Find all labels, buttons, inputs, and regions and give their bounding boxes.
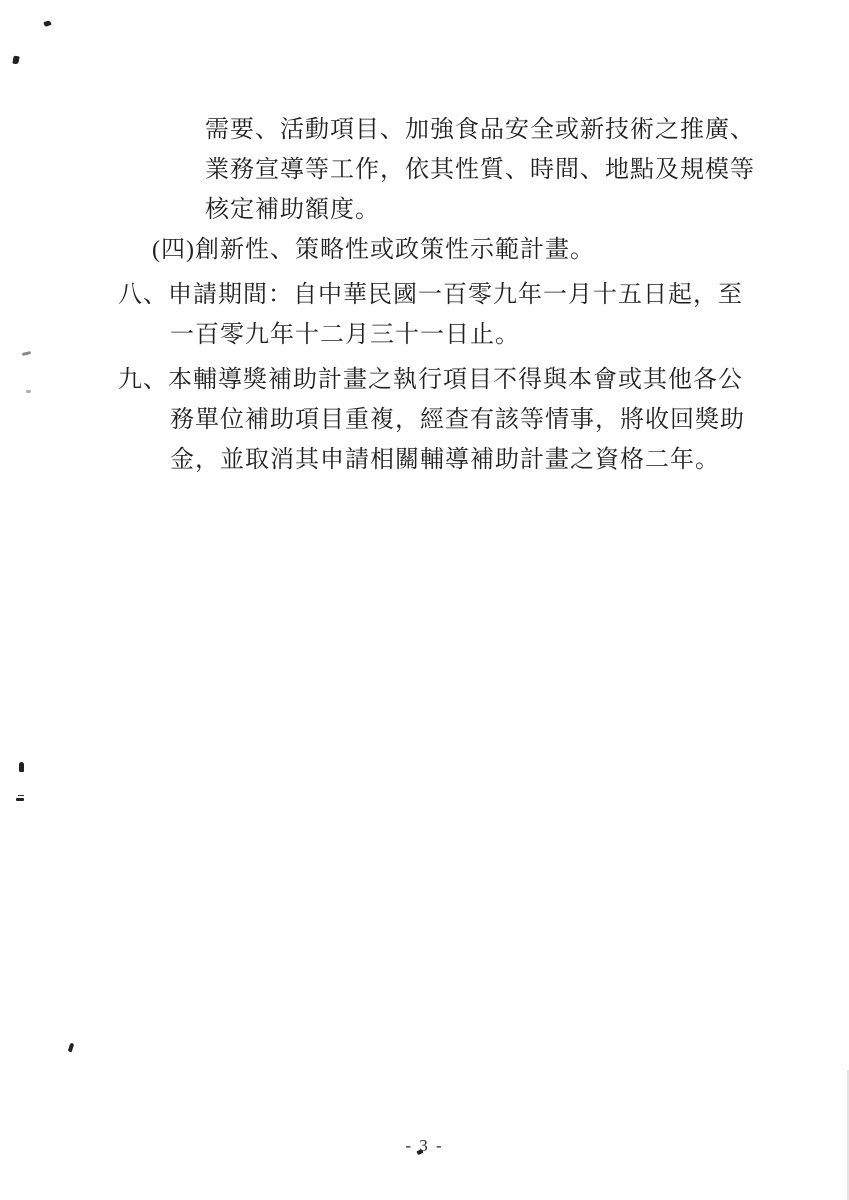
scan-speck — [12, 56, 19, 65]
document-line: 金，並取消其申請相關輔導補助計畫之資格二年。 — [0, 440, 849, 480]
document-line-item-9: 九、本輔導獎補助計畫之執行項目不得與本會或其他各公 — [0, 360, 849, 400]
document-line: 需要、活動項目、加強食品安全或新技術之推廣、 — [0, 110, 849, 150]
scan-speck — [16, 798, 24, 801]
document-line: 務單位補助項目重複，經查有該等情事，將收回獎助 — [0, 400, 849, 440]
document-line-subitem-4: (四)創新性、策略性或政策性示範計畫。 — [0, 230, 849, 270]
document-line: 核定補助額度。 — [0, 190, 849, 230]
document-line: 業務宣導等工作，依其性質、時間、地點及規模等 — [0, 150, 849, 190]
document-line-item-8: 八、申請期間：自中華民國一百零九年一月十五日起，至 — [0, 275, 849, 315]
document-line: 一百零九年十二月三十一日止。 — [0, 315, 849, 355]
document-body: 需要、活動項目、加強食品安全或新技術之推廣、 業務宣導等工作，依其性質、時間、地… — [0, 110, 849, 480]
scanned-document-page: 需要、活動項目、加強食品安全或新技術之推廣、 業務宣導等工作，依其性質、時間、地… — [0, 0, 849, 1200]
scan-speck — [26, 390, 31, 393]
scan-speck — [43, 20, 51, 27]
scan-speck — [68, 1043, 75, 1053]
scan-speck — [19, 762, 24, 772]
page-number: - 3 - — [0, 1136, 849, 1156]
